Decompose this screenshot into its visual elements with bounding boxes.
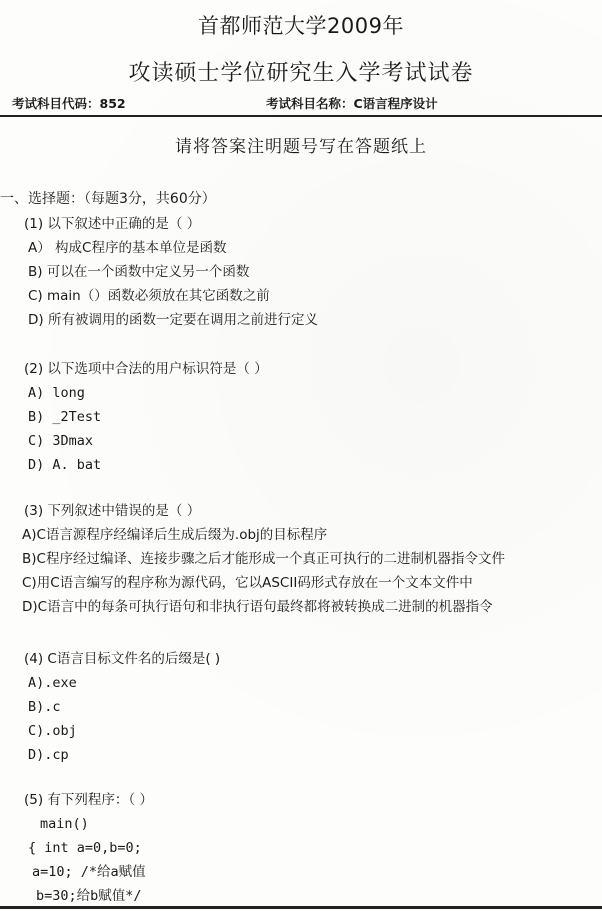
option-d: D).cp (28, 743, 220, 767)
option-b: B).c (28, 695, 220, 719)
exam-page: 首都师范大学2009年 攻读硕士学位研究生入学考试试卷 考试科目代码：852 考… (0, 0, 602, 911)
option-a: A) long (28, 381, 268, 405)
subject-name: 考试科目名称：C语言程序设计 (266, 94, 438, 112)
answer-instruction: 请将答案注明题号写在答题纸上 (0, 132, 602, 157)
option-a: A).exe (28, 671, 220, 695)
exam-meta: 考试科目代码：852 考试科目名称：C语言程序设计 (12, 94, 602, 112)
section-title: 一、选择题：（每题3分，共60分） (0, 188, 216, 208)
bottom-edge (0, 906, 602, 909)
question-2: (2) 以下选项中合法的用户标识符是（ ） A) long B) _2Test … (0, 357, 268, 477)
option-b: B) 可以在一个函数中定义另一个函数 (28, 260, 318, 284)
code-block: main() { int a=0,b=0; a=10; /*给a赋值 b=30;… (28, 812, 153, 908)
exam-title: 攻读硕士学位研究生入学考试试卷 (0, 56, 602, 87)
header-divider (0, 115, 602, 117)
option-d: D)C语言中的每条可执行语句和非执行语句最终都将被转换成二进制的机器指令 (22, 595, 505, 619)
question-stem: (1) 以下叙述中正确的是（ ） (24, 212, 318, 236)
code-line: main() (40, 812, 153, 836)
option-c: C).obj (28, 719, 220, 743)
subject-code: 考试科目代码：852 (12, 94, 126, 112)
option-c: C) main（）函数必须放在其它函数之前 (28, 284, 318, 308)
question-1: (1) 以下叙述中正确的是（ ） A） 构成C程序的基本单位是函数 B) 可以在… (0, 212, 318, 332)
code-line: a=10; /*给a赋值 (32, 860, 153, 884)
question-stem: (2) 以下选项中合法的用户标识符是（ ） (24, 357, 268, 381)
option-a: A） 构成C程序的基本单位是函数 (28, 236, 318, 260)
option-c: C) 3Dmax (28, 429, 268, 453)
option-a: A)C语言源程序经编译后生成后缀为.obj的目标程序 (22, 523, 505, 547)
question-stem: (5) 有下列程序：（ ） (24, 788, 153, 812)
university-title: 首都师范大学2009年 (0, 10, 602, 40)
question-3: (3) 下列叙述中错误的是（ ） A)C语言源程序经编译后生成后缀为.obj的目… (0, 499, 505, 619)
question-stem: (3) 下列叙述中错误的是（ ） (24, 499, 505, 523)
option-d: D) A. bat (28, 453, 268, 477)
question-4: (4) C语言目标文件名的后缀是( ) A).exe B).c C).obj D… (0, 647, 220, 767)
option-b: B)C程序经过编译、连接步骤之后才能形成一个真正可执行的二进制机器指令文件 (22, 547, 505, 571)
question-5: (5) 有下列程序：（ ） main() { int a=0,b=0; a=10… (0, 788, 153, 908)
code-line: b=30;给b赋值*/ (36, 884, 153, 908)
code-line: { int a=0,b=0; (28, 836, 153, 860)
option-b: B) _2Test (28, 405, 268, 429)
option-d: D) 所有被调用的函数一定要在调用之前进行定义 (28, 308, 318, 332)
question-stem: (4) C语言目标文件名的后缀是( ) (24, 647, 220, 671)
option-c: C)用C语言编写的程序称为源代码，它以ASCII码形式存放在一个文本文件中 (22, 571, 505, 595)
